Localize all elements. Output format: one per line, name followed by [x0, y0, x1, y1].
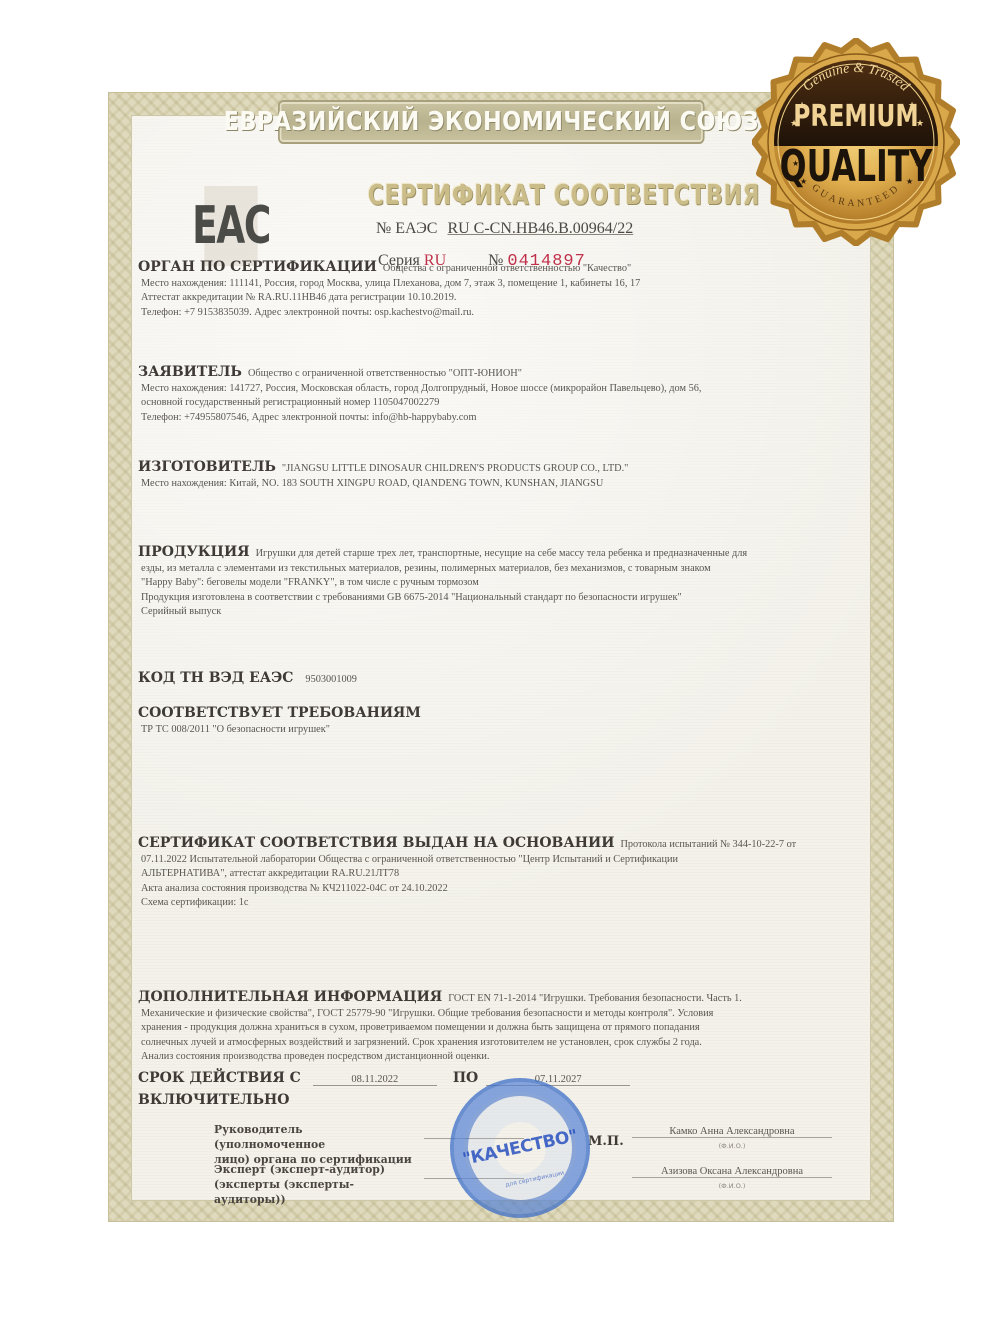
fio-caption: (Ф.И.О.) [632, 1142, 832, 1150]
section-heading: ДОПОЛНИТЕЛЬНАЯ ИНФОРМАЦИЯ [138, 989, 442, 1005]
section-line: Место нахождения: 141727, Россия, Москов… [138, 382, 850, 397]
section-product: ПРОДУКЦИЯИгрушки для детей старше трех л… [138, 545, 850, 620]
section-basis: СЕРТИФИКАТ СООТВЕТСТВИЯ ВЫДАН НА ОСНОВАН… [138, 836, 850, 911]
validity-date-from: 08.11.2022 [313, 1074, 437, 1086]
section-line: езды, из металла с элементами из текстил… [138, 562, 850, 577]
expert-label-line: Эксперт (эксперт-аудитор) [214, 1162, 414, 1177]
certificate-number: № ЕАЭС RU C-CN.НВ46.В.00964/22 [376, 220, 633, 238]
certificate-document: ЕВРАЗИЙСКИЙ ЭКОНОМИЧЕСКИЙ СОЮЗ ЕАС СЕРТИ… [108, 92, 894, 1222]
eurasian-union-banner: ЕВРАЗИЙСКИЙ ЭКОНОМИЧЕСКИЙ СОЮЗ [278, 100, 705, 144]
head-label: Руководитель (уполномоченное лицо) орган… [214, 1122, 414, 1167]
head-label-line: Руководитель (уполномоченное [214, 1122, 414, 1152]
section-heading: ИЗГОТОВИТЕЛЬ [138, 459, 276, 475]
section-line: Место нахождения: Китай, NO. 183 SOUTH X… [138, 477, 850, 492]
section-line: солнечных лучей и атмосферных воздействи… [138, 1036, 850, 1051]
section-line: Продукция изготовлена в соответствии с т… [138, 591, 850, 606]
section-additional-info: ДОПОЛНИТЕЛЬНАЯ ИНФОРМАЦИЯГОСТ EN 71-1-20… [138, 990, 850, 1065]
certificate-title: СЕРТИФИКАТ СООТВЕТСТВИЯ [368, 178, 664, 211]
section-heading: КОД ТН ВЭД ЕАЭС [138, 670, 293, 686]
section-first-line: Игрушки для детей старше трех лет, транс… [256, 548, 748, 559]
svg-text:★: ★ [916, 119, 924, 129]
svg-text:★: ★ [790, 119, 798, 129]
section-heading: СООТВЕТСТВУЕТ ТРЕБОВАНИЯМ [138, 705, 421, 721]
section-line: основной государственный регистрационный… [138, 396, 850, 411]
section-heading: СЕРТИФИКАТ СООТВЕТСТВИЯ ВЫДАН НА ОСНОВАН… [138, 835, 614, 851]
section-line: Телефон: +7 9153835039. Адрес электронно… [138, 306, 850, 321]
svg-text:★: ★ [792, 159, 799, 168]
certificate-number-value: RU C-CN.НВ46.В.00964/22 [447, 220, 633, 237]
eac-logo-text: ЕАС [192, 196, 270, 256]
seal-mark: М.П. [588, 1134, 624, 1149]
section-line: ТР ТС 008/2011 "О безопасности игрушек" [138, 723, 850, 738]
svg-text:★: ★ [906, 177, 913, 186]
svg-text:★: ★ [908, 101, 916, 111]
expert-label: Эксперт (эксперт-аудитор) (эксперты (экс… [214, 1162, 414, 1207]
stamp-text: "КАЧЕСТВО" [461, 1126, 579, 1170]
section-manufacturer: ИЗГОТОВИТЕЛЬ"JIANGSU LITTLE DINOSAUR CHI… [138, 460, 850, 491]
section-first-line: Общества с ограниченной ответственностью… [383, 263, 631, 274]
eac-logo: ЕАС [204, 186, 257, 266]
section-line: 07.11.2022 Испытательной лаборатории Общ… [138, 853, 850, 868]
section-applicant: ЗАЯВИТЕЛЬОбщество с ограниченной ответст… [138, 365, 850, 425]
section-line: Телефон: +74955807546, Адрес электронной… [138, 411, 850, 426]
section-line: АЛЬТЕРНАТИВА", аттестат аккредитации RA.… [138, 867, 850, 882]
section-compliance: СООТВЕТСТВУЕТ ТРЕБОВАНИЯМ ТР ТС 008/2011… [138, 706, 850, 737]
section-line: Аттестат аккредитации № RA.RU.11НВ46 дат… [138, 291, 850, 306]
section-tn-ved-code: КОД ТН ВЭД ЕАЭС9503001009 [138, 671, 850, 688]
section-line: Механические и физические свойства", ГОС… [138, 1007, 850, 1022]
svg-text:★: ★ [914, 159, 921, 168]
section-certification-body: ОРГАН ПО СЕРТИФИКАЦИИОбщества с ограниче… [138, 260, 850, 320]
validity-inclusive-label: ВКЛЮЧИТЕЛЬНО [138, 1092, 289, 1108]
section-first-line: "JIANGSU LITTLE DINOSAUR CHILDREN'S PROD… [282, 463, 628, 474]
validity-to-label: ПО [453, 1070, 478, 1086]
head-name: Камко Анна Александровна [632, 1126, 832, 1138]
svg-text:★: ★ [800, 177, 807, 186]
expert-name: Азизова Оксана Александровна [632, 1166, 832, 1178]
section-line: Схема сертификации: 1с [138, 896, 850, 911]
badge-premium-text: PREMIUM [793, 99, 918, 134]
section-heading: ПРОДУКЦИЯ [138, 544, 250, 560]
validity-from-label: СРОК ДЕЙСТВИЯ С [138, 1070, 301, 1086]
section-line: Анализ состояния производства проведен п… [138, 1050, 850, 1065]
premium-quality-badge: Genuine & Trusted PREMIUM QUALITY GUARAN… [752, 38, 960, 246]
section-line: Место нахождения: 111141, Россия, город … [138, 277, 850, 292]
section-line: Серийный выпуск [138, 605, 850, 620]
section-line: Акта анализа состояния производства № КЧ… [138, 882, 850, 897]
union-title: ЕВРАЗИЙСКИЙ ЭКОНОМИЧЕСКИЙ СОЮЗ [224, 107, 759, 137]
section-heading: ЗАЯВИТЕЛЬ [138, 364, 242, 380]
section-line: "Happy Baby": беговелы модели "FRANKY", … [138, 576, 850, 591]
svg-text:★: ★ [798, 101, 806, 111]
section-first-line: Протокола испытаний № 344-10-22-7 от [620, 839, 796, 850]
stamp-ring-text: для сертификации [505, 1169, 565, 1188]
section-line: хранения - продукция должна храниться в … [138, 1021, 850, 1036]
tn-ved-code-value: 9503001009 [305, 674, 356, 685]
section-first-line: ГОСТ EN 71-1-2014 "Игрушки. Требования б… [448, 993, 742, 1004]
certificate-body: ЕВРАЗИЙСКИЙ ЭКОНОМИЧЕСКИЙ СОЮЗ ЕАС СЕРТИ… [131, 115, 871, 1201]
certificate-number-label: № ЕАЭС [376, 220, 437, 237]
section-first-line: Общество с ограниченной ответственностью… [248, 368, 522, 379]
expert-label-line: (эксперты (эксперты-аудиторы)) [214, 1177, 414, 1207]
section-heading: ОРГАН ПО СЕРТИФИКАЦИИ [138, 259, 377, 275]
fio-caption: (Ф.И.О.) [632, 1182, 832, 1190]
